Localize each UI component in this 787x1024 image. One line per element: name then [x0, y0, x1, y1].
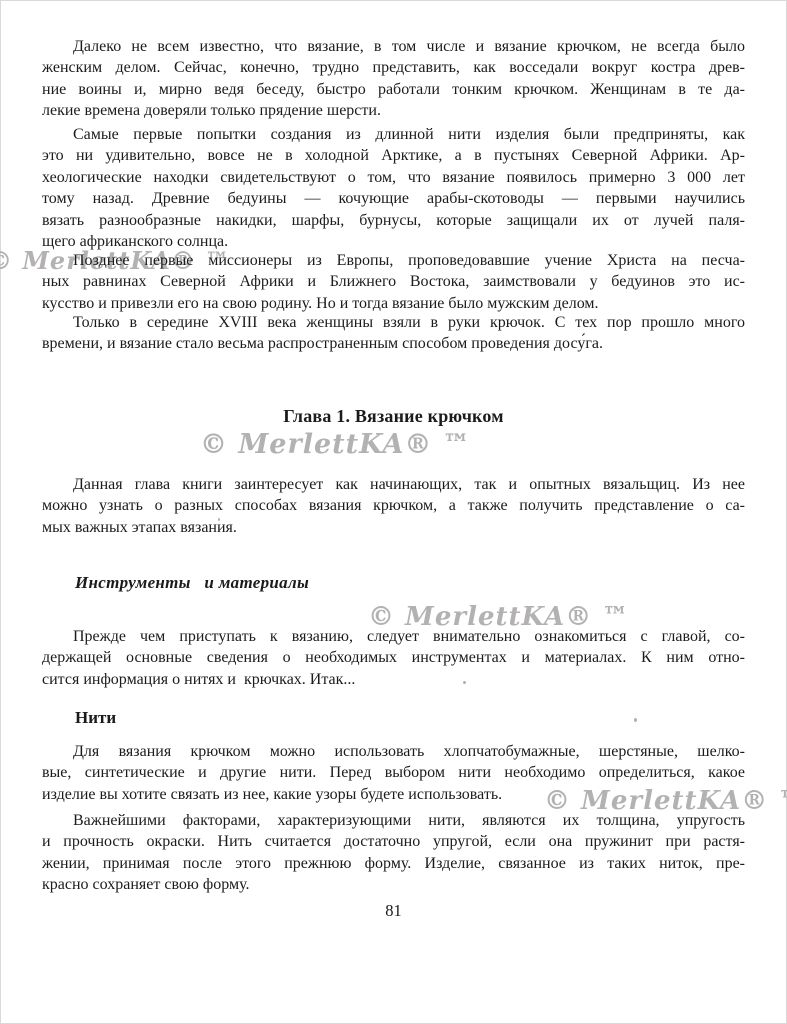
- text-line: Далеко не всем известно, что вязание, в …: [42, 36, 745, 57]
- page-number: 81: [0, 901, 787, 921]
- watermark: © MerlettKA® ™: [200, 429, 471, 460]
- text-line: жении, принимая после этого прежнюю форм…: [42, 853, 745, 874]
- text-line: тому назад. Древние бедуины — кочующие а…: [42, 188, 745, 209]
- chapter-heading: Глава 1. Вязание крючком: [0, 406, 787, 427]
- text-line: времени, и вязание стало весьма распрост…: [42, 333, 745, 354]
- section-heading-threads: Нити: [75, 708, 116, 728]
- text-line: хеологические находки свидетельствуют о …: [42, 167, 745, 188]
- text-line: мых важных этапах вязания.: [42, 517, 745, 538]
- text-line: и прочность окраски. Нить считается дост…: [42, 831, 745, 852]
- text-line: лекие времена доверяли только прядение ш…: [42, 100, 745, 121]
- text-line: можно узнать о разных способах вязания к…: [42, 495, 745, 516]
- text-line: это ни удивительно, вовсе не в холодной …: [42, 145, 745, 166]
- paragraph: Данная глава книги заинтересует как начи…: [42, 474, 745, 538]
- text-line: сится информация о нитях и крючках. Итак…: [42, 669, 745, 690]
- paragraph: Важнейшими факторами, характеризующими н…: [42, 810, 745, 896]
- text-line: ние воины и, мирно ведя беседу, быстро р…: [42, 79, 745, 100]
- paragraph: Позднее первые миссионеры из Европы, про…: [42, 250, 745, 314]
- section-heading-tools-materials: Инструменты и материалы: [75, 573, 309, 593]
- scan-speck: [218, 518, 220, 521]
- paragraph: Далеко не всем известно, что вязание, в …: [42, 36, 745, 122]
- paragraph: Только в середине XVIII века женщины взя…: [42, 312, 745, 355]
- text-line: Самые первые попытки создания из длинной…: [42, 124, 745, 145]
- text-line: вязать разнообразные накидки, шарфы, бур…: [42, 210, 745, 231]
- text-line: Прежде чем приступать к вязанию, следует…: [42, 626, 745, 647]
- text-line: женским делом. Сейчас, конечно, трудно п…: [42, 57, 745, 78]
- text-line: Данная глава книги заинтересует как начи…: [42, 474, 745, 495]
- text-line: красно сохраняет свою форму.: [42, 874, 745, 895]
- text-line: ных равнинах Северной Африки и Ближнего …: [42, 271, 745, 292]
- paragraph: Самые первые попытки создания из длинной…: [42, 124, 745, 252]
- text-line: кусство и привезли его на свою родину. Н…: [42, 293, 745, 314]
- text-line: Для вязания крючком можно использовать х…: [42, 741, 745, 762]
- text-line: вые, синтетические и другие нити. Перед …: [42, 762, 745, 783]
- text-line: Только в середине XVIII века женщины взя…: [42, 312, 745, 333]
- text-line: держащей основные сведения о необходимых…: [42, 647, 745, 668]
- book-page: Далеко не всем известно, что вязание, в …: [0, 0, 787, 1024]
- scan-speck: [463, 681, 466, 684]
- text-line: Важнейшими факторами, характеризующими н…: [42, 810, 745, 831]
- paragraph: Для вязания крючком можно использовать х…: [42, 741, 745, 805]
- scan-speck: [634, 718, 637, 722]
- paragraph: Прежде чем приступать к вязанию, следует…: [42, 626, 745, 690]
- text-line: Позднее первые миссионеры из Европы, про…: [42, 250, 745, 271]
- text-line: изделие вы хотите связать из нее, какие …: [42, 784, 745, 805]
